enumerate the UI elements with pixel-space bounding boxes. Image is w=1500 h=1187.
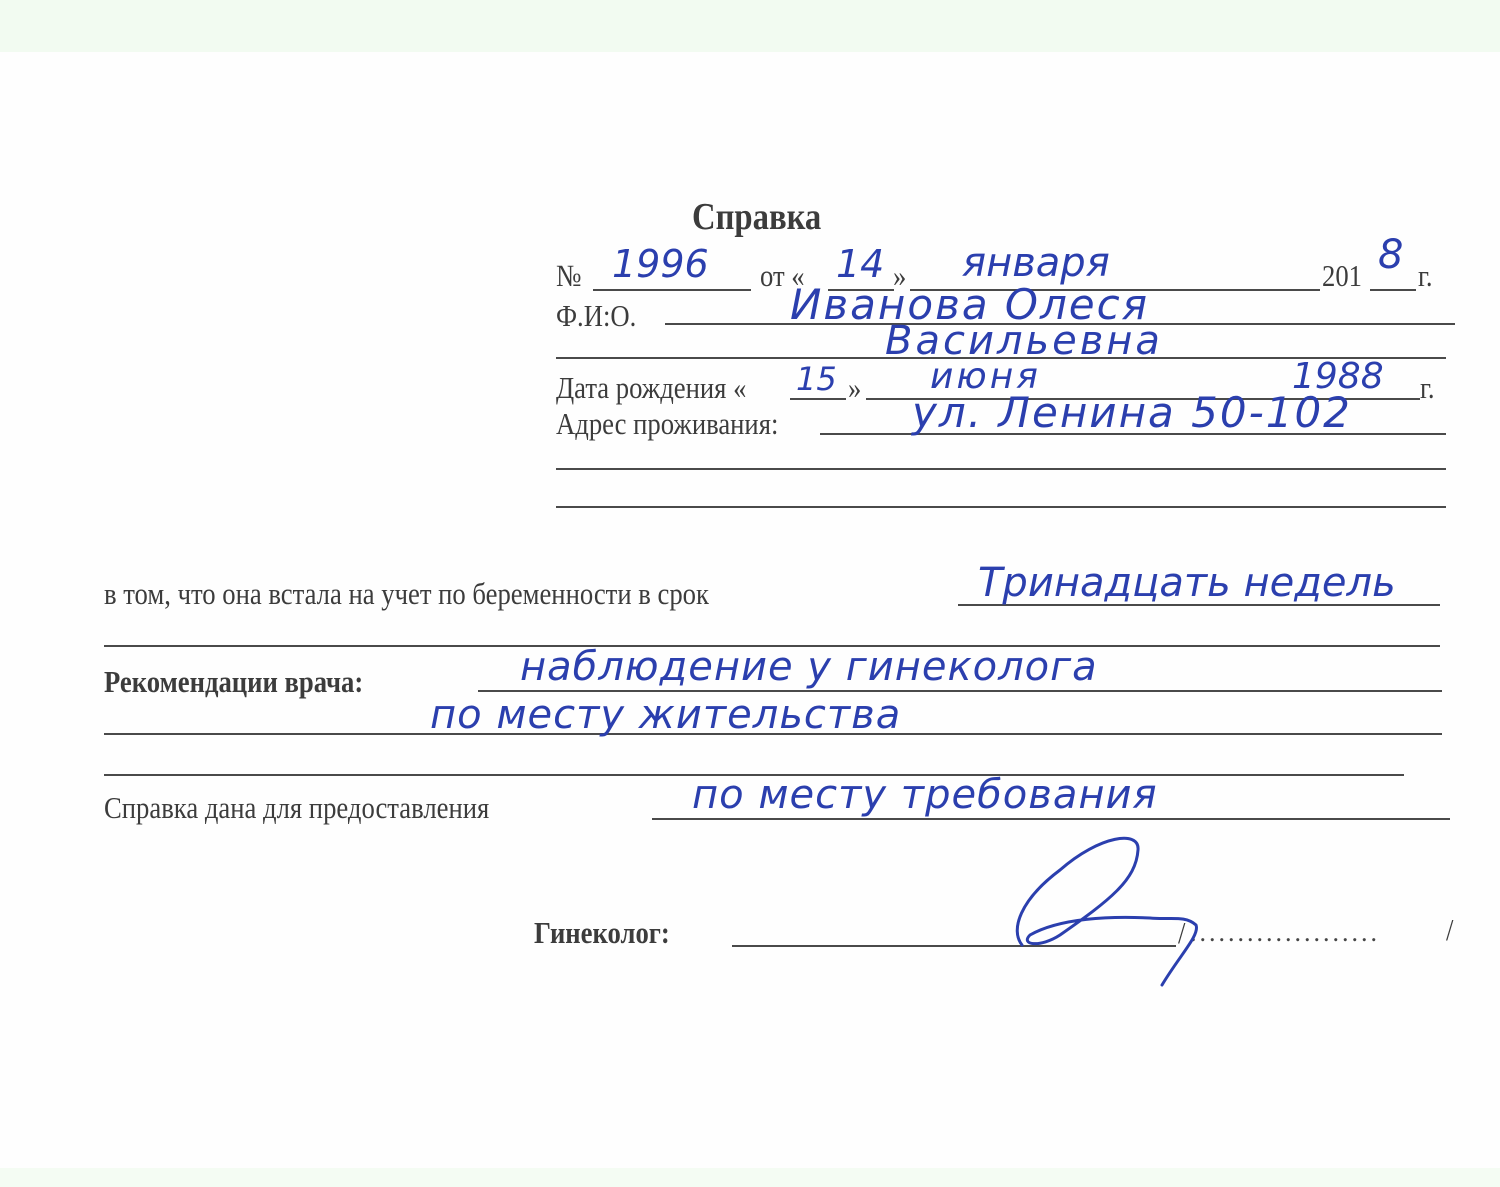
signature-scribble [0,0,1500,1187]
